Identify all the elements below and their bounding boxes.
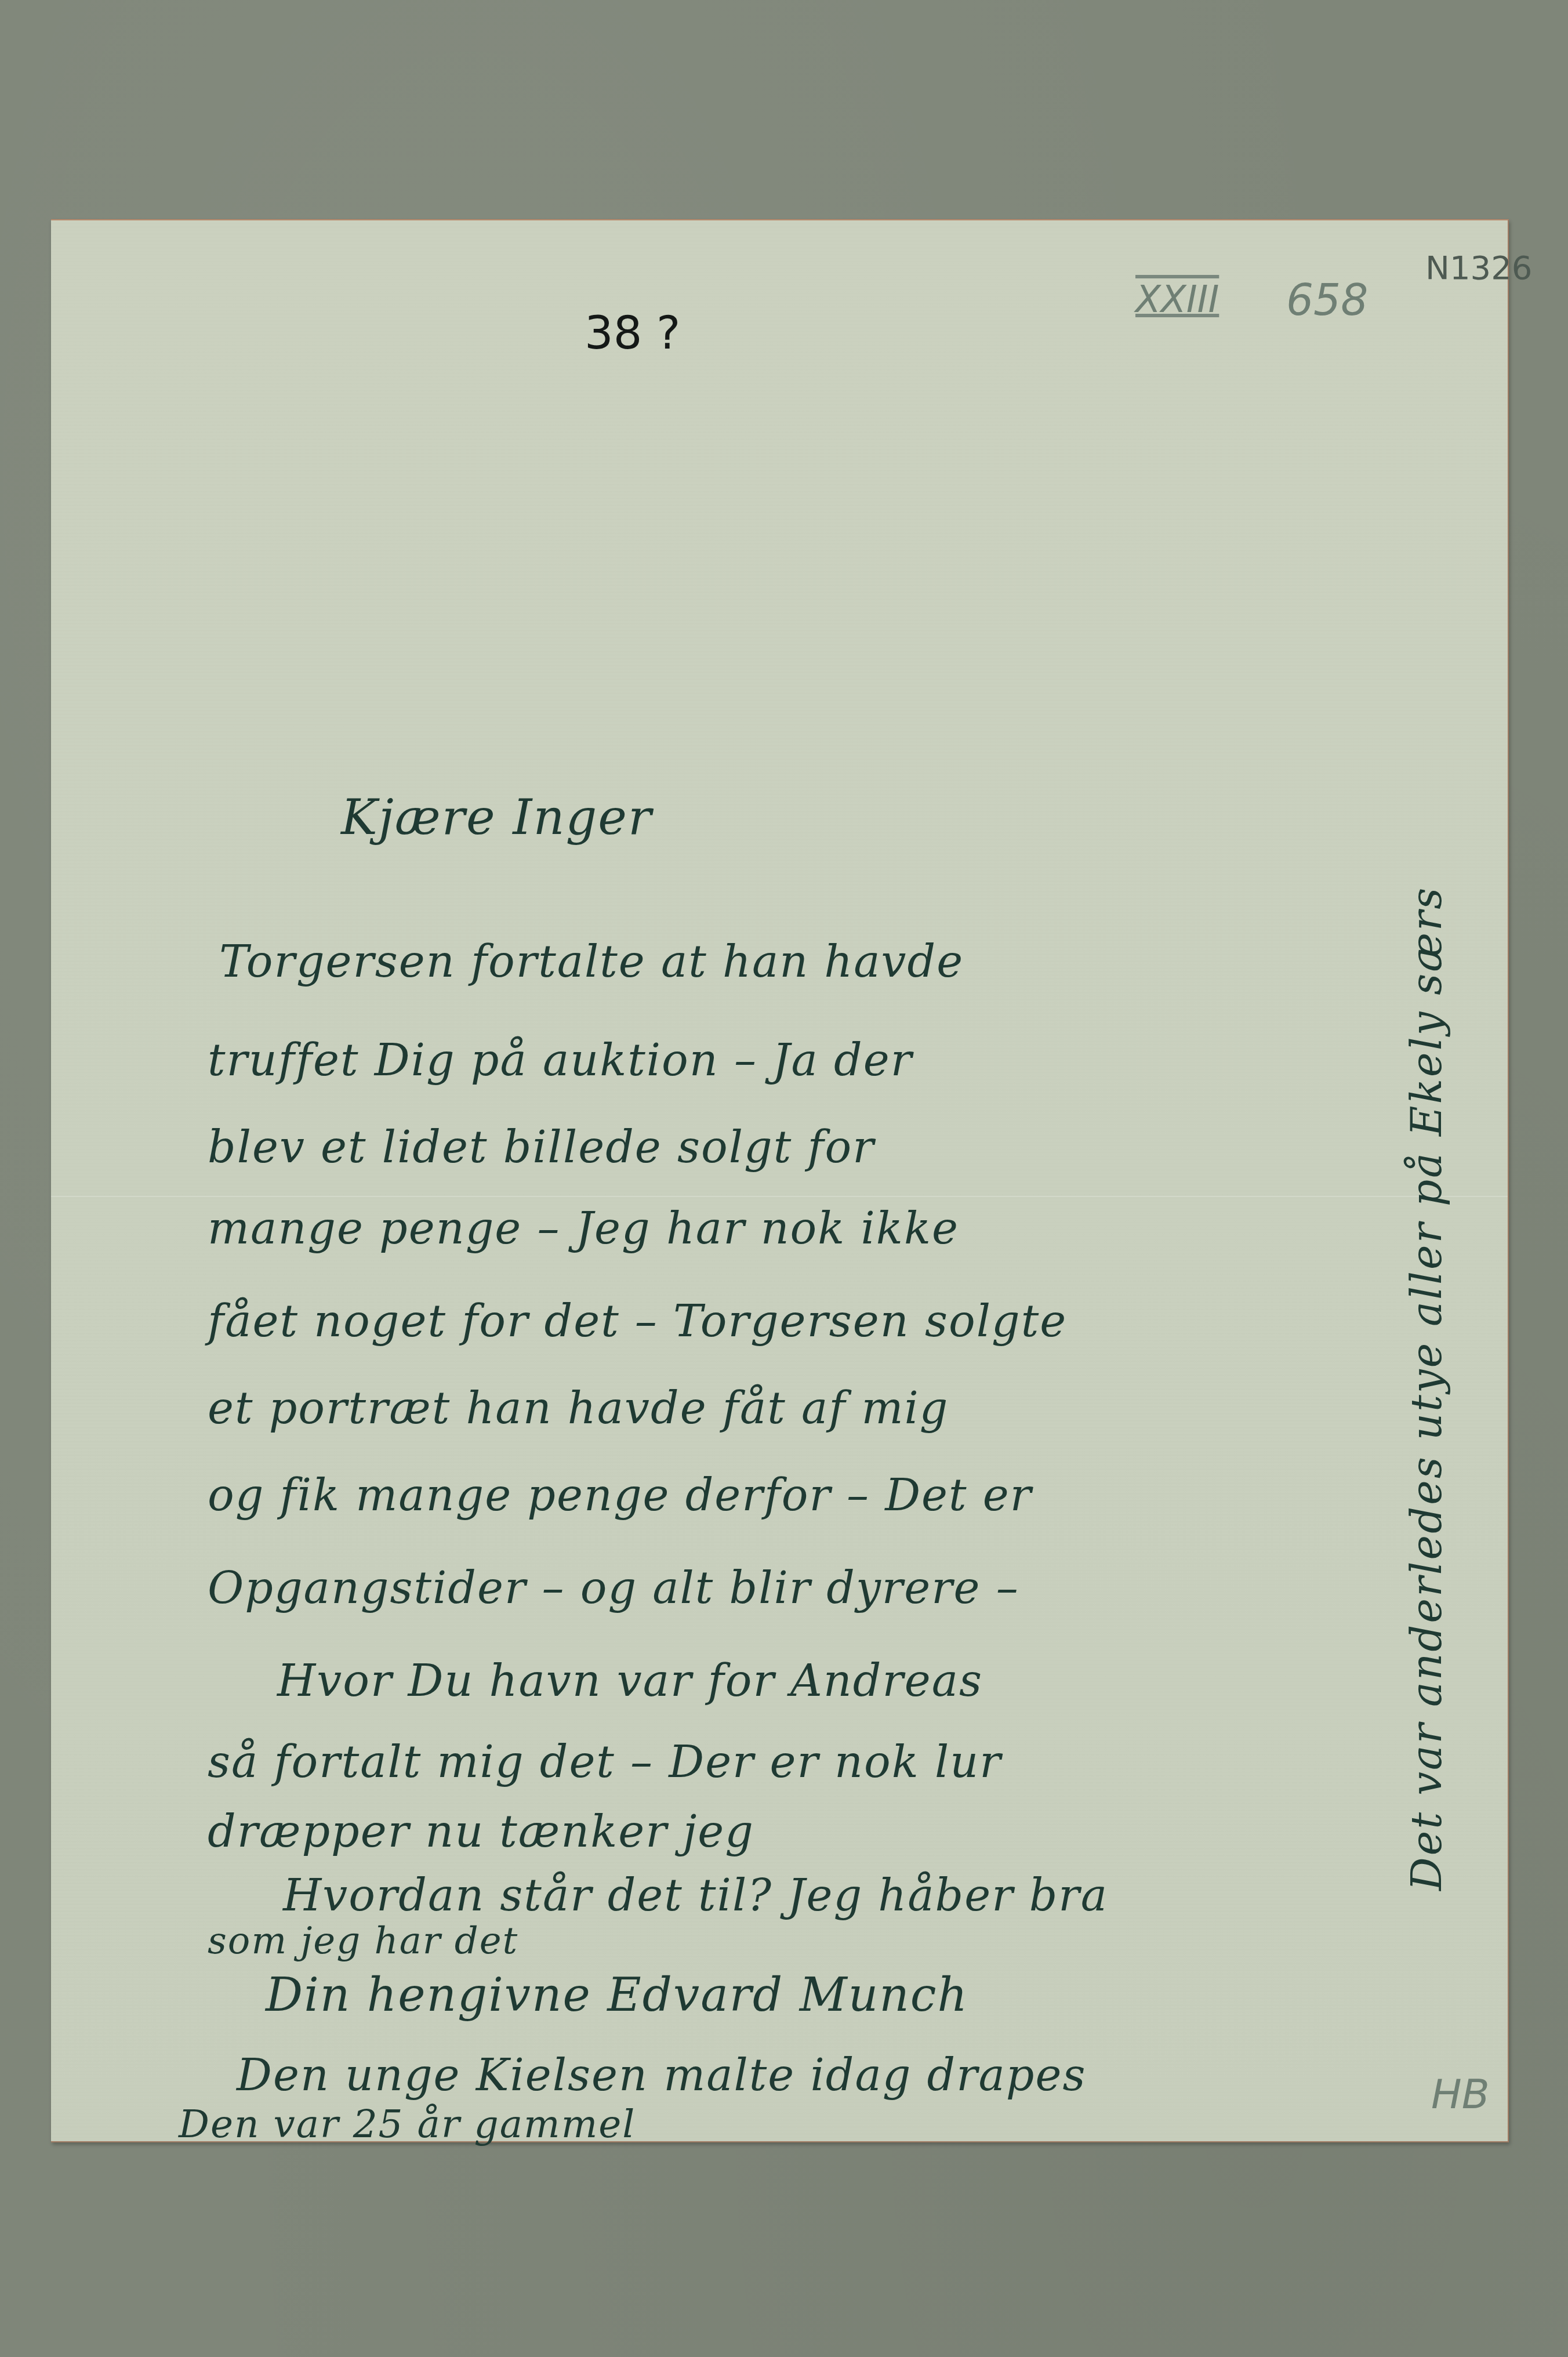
body-line: Opgangstider – og alt blir dyrere – <box>208 1566 1019 1610</box>
body-line: et portræt han havde fåt af mig <box>208 1386 949 1430</box>
body-line: Torgersen fortalte at han havde <box>219 940 964 984</box>
archive-roman-numeral: XXIII <box>1135 278 1219 321</box>
corner-initials: HB <box>1431 2070 1490 2118</box>
closing-signature: Din hengivne Edvard Munch <box>266 1972 968 2018</box>
body-line: Hvor Du havn var for Andreas <box>277 1659 983 1703</box>
body-line: dræpper nu tænker jeg <box>208 1810 754 1854</box>
salutation: Kjære Inger <box>341 789 652 846</box>
postscript-line: Den unge Kielsen malte idag drapes <box>237 2053 1087 2097</box>
letter-sheet: 38 ? XXIII 658 N1326 Kjære Inger Torgers… <box>51 219 1509 2142</box>
body-line: som jeg har det <box>208 1923 518 1960</box>
paper-fold-line <box>51 1196 1508 1197</box>
body-line: mange penge – Jeg har nok ikke <box>208 1206 959 1250</box>
body-line: så fortalt mig det – Der er nok lur <box>208 1740 1002 1784</box>
page-number-annotation: 38 ? <box>585 307 680 360</box>
body-line: blev et lidet billede solgt for <box>208 1125 875 1169</box>
body-line: Hvordan står det til? Jeg håber bra <box>283 1873 1108 1917</box>
body-line: og fik mange penge derfor – Det er <box>208 1473 1032 1517</box>
body-line: truffet Dig på auktion – Ja der <box>208 1038 913 1082</box>
margin-note-vertical: Det var anderledes utye aller på Ekely s… <box>1402 886 1451 1891</box>
body-line: fået noget for det – Torgersen solgte <box>208 1299 1067 1343</box>
archive-number: 658 <box>1286 275 1368 325</box>
postscript-line: Den var 25 år gammel <box>179 2105 636 2144</box>
catalog-id: N1326 <box>1425 249 1532 287</box>
